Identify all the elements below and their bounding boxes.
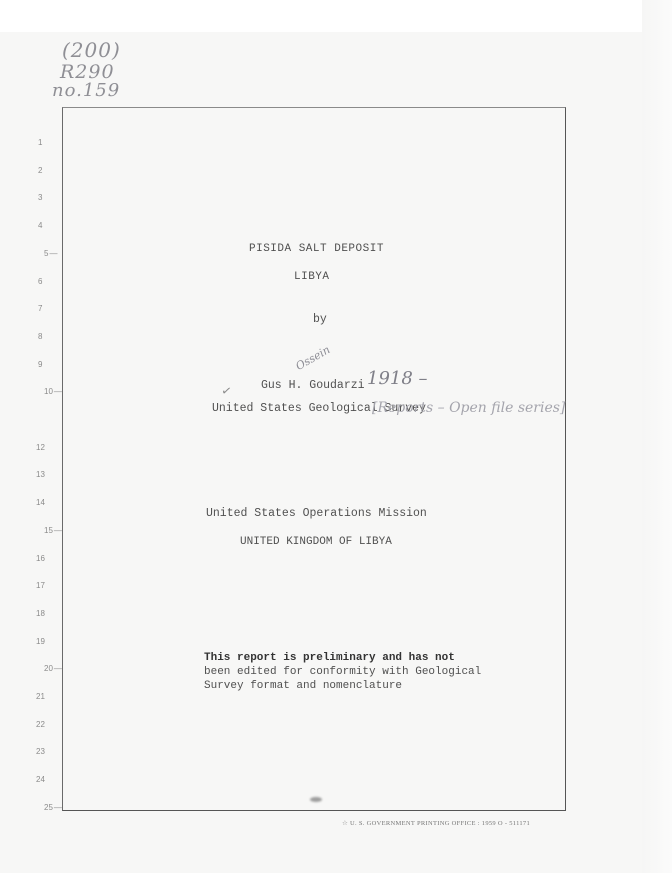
scan-margin-right	[642, 0, 672, 873]
line-number: 24	[36, 775, 45, 784]
ink-smudge	[310, 797, 322, 802]
line-number: 20	[44, 664, 62, 673]
page-frame	[62, 107, 566, 811]
note-line-3: Survey format and nomenclature	[204, 679, 481, 693]
line-number: 10	[44, 387, 62, 396]
handwritten-call-number-3: no.159	[52, 80, 120, 101]
line-number: 21	[36, 692, 45, 701]
line-number: 3	[38, 193, 42, 202]
line-number: 12	[36, 443, 45, 452]
line-number: 19	[36, 637, 45, 646]
line-number: 1	[38, 138, 42, 147]
kingdom-name: UNITED KINGDOM OF LIBYA	[240, 536, 392, 548]
line-number: 15	[44, 526, 62, 535]
line-number: 14	[36, 498, 45, 507]
note-line-1: This report is preliminary and has not	[204, 651, 481, 665]
note-line-2: been edited for conformity with Geologic…	[204, 665, 481, 679]
line-number: 13	[36, 470, 45, 479]
line-number: 2	[38, 166, 42, 175]
line-number: 25	[44, 803, 62, 812]
line-number: 18	[36, 609, 45, 618]
printing-office-footer: ☆ U. S. GOVERNMENT PRINTING OFFICE : 195…	[342, 819, 530, 827]
line-number: 7	[38, 304, 42, 313]
line-number: 16	[36, 554, 45, 563]
line-number: 5	[44, 249, 57, 258]
line-number: 9	[38, 360, 42, 369]
handwritten-birth-year: 1918 –	[367, 368, 428, 389]
mission-name: United States Operations Mission	[206, 507, 427, 520]
author-name: Gus H. Goudarzi	[261, 379, 365, 392]
handwritten-series-note: [Reports – Open file series]	[372, 400, 565, 416]
report-title: PISIDA SALT DEPOSIT	[249, 243, 384, 255]
line-number: 6	[38, 277, 42, 286]
preliminary-note: This report is preliminary and has not b…	[204, 651, 481, 693]
handwritten-call-number-1: (200)	[62, 38, 121, 62]
line-number: 8	[38, 332, 42, 341]
line-number: 23	[36, 747, 45, 756]
line-number: 17	[36, 581, 45, 590]
scan-margin-top	[0, 0, 672, 32]
by-label: by	[313, 313, 327, 326]
line-number: 4	[38, 221, 42, 230]
line-number: 22	[36, 720, 45, 729]
report-country: LIBYA	[294, 271, 330, 283]
